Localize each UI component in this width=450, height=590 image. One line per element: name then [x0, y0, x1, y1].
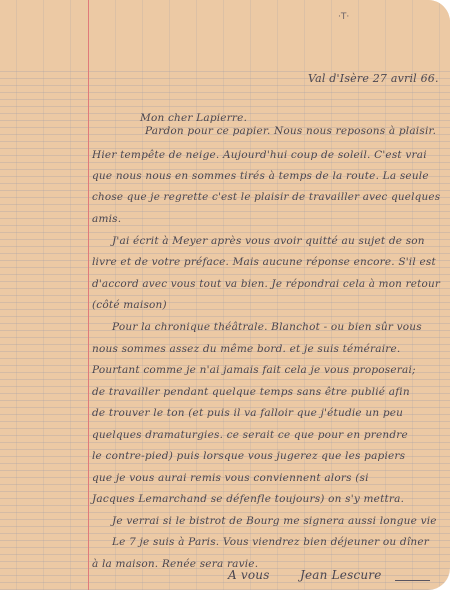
letter-line: de travailler pendant quelque temps sans…: [92, 387, 410, 398]
salutation: Mon cher Lapierre.: [140, 113, 247, 124]
letter-line: J'ai écrit à Meyer après vous avoir quit…: [112, 236, 425, 247]
letter-line: livre et de votre préface. Mais aucune r…: [92, 257, 436, 268]
letter-line: Pardon pour ce papier. Nous nous reposon…: [145, 126, 436, 137]
letter-line: (côté maison): [92, 300, 167, 311]
signature: Jean Lescure: [300, 569, 382, 581]
letter-line: que nous nous en sommes tirés à temps de…: [92, 171, 429, 182]
place-date: Val d'Isère 27 avril 66.: [308, 73, 439, 84]
letter-line: Le 7 je suis à Paris. Vous viendrez bien…: [112, 537, 429, 548]
letter-line: le contre-pied) puis lorsque vous jugere…: [92, 451, 405, 462]
letter-line: Pour la chronique théâtrale. Blanchot - …: [112, 322, 422, 333]
letter-line: d'accord avec vous tout va bien. Je répo…: [92, 279, 440, 290]
letter-line: Pourtant comme je n'ai jamais fait cela …: [92, 365, 416, 376]
valediction: A vous: [228, 569, 270, 581]
letter-line: nous sommes assez du même bord. et je su…: [92, 344, 400, 355]
letter-line: Jacques Lemarchand se défenfle toujours)…: [92, 494, 404, 505]
letter-sheet: ·T· Val d'Isère 27 avril 66. Mon cher La…: [0, 0, 450, 590]
letter-line: chose que je regrette c'est le plaisir d…: [92, 192, 440, 203]
letter-line: Hier tempête de neige. Aujourd'hui coup …: [92, 150, 427, 161]
corner-mark: ·T·: [338, 12, 349, 22]
letter-line: Je verrai si le bistrot de Bourg me sign…: [112, 516, 437, 527]
signature-flourish: [395, 580, 430, 581]
letter-line: quelques dramaturgies. ce serait ce que …: [92, 430, 408, 441]
letter-line: de trouver le ton (et puis il va falloir…: [92, 408, 403, 419]
letter-line: amis.: [92, 214, 121, 225]
letter-line: que je vous aurai remis vous conviennent…: [92, 473, 369, 484]
